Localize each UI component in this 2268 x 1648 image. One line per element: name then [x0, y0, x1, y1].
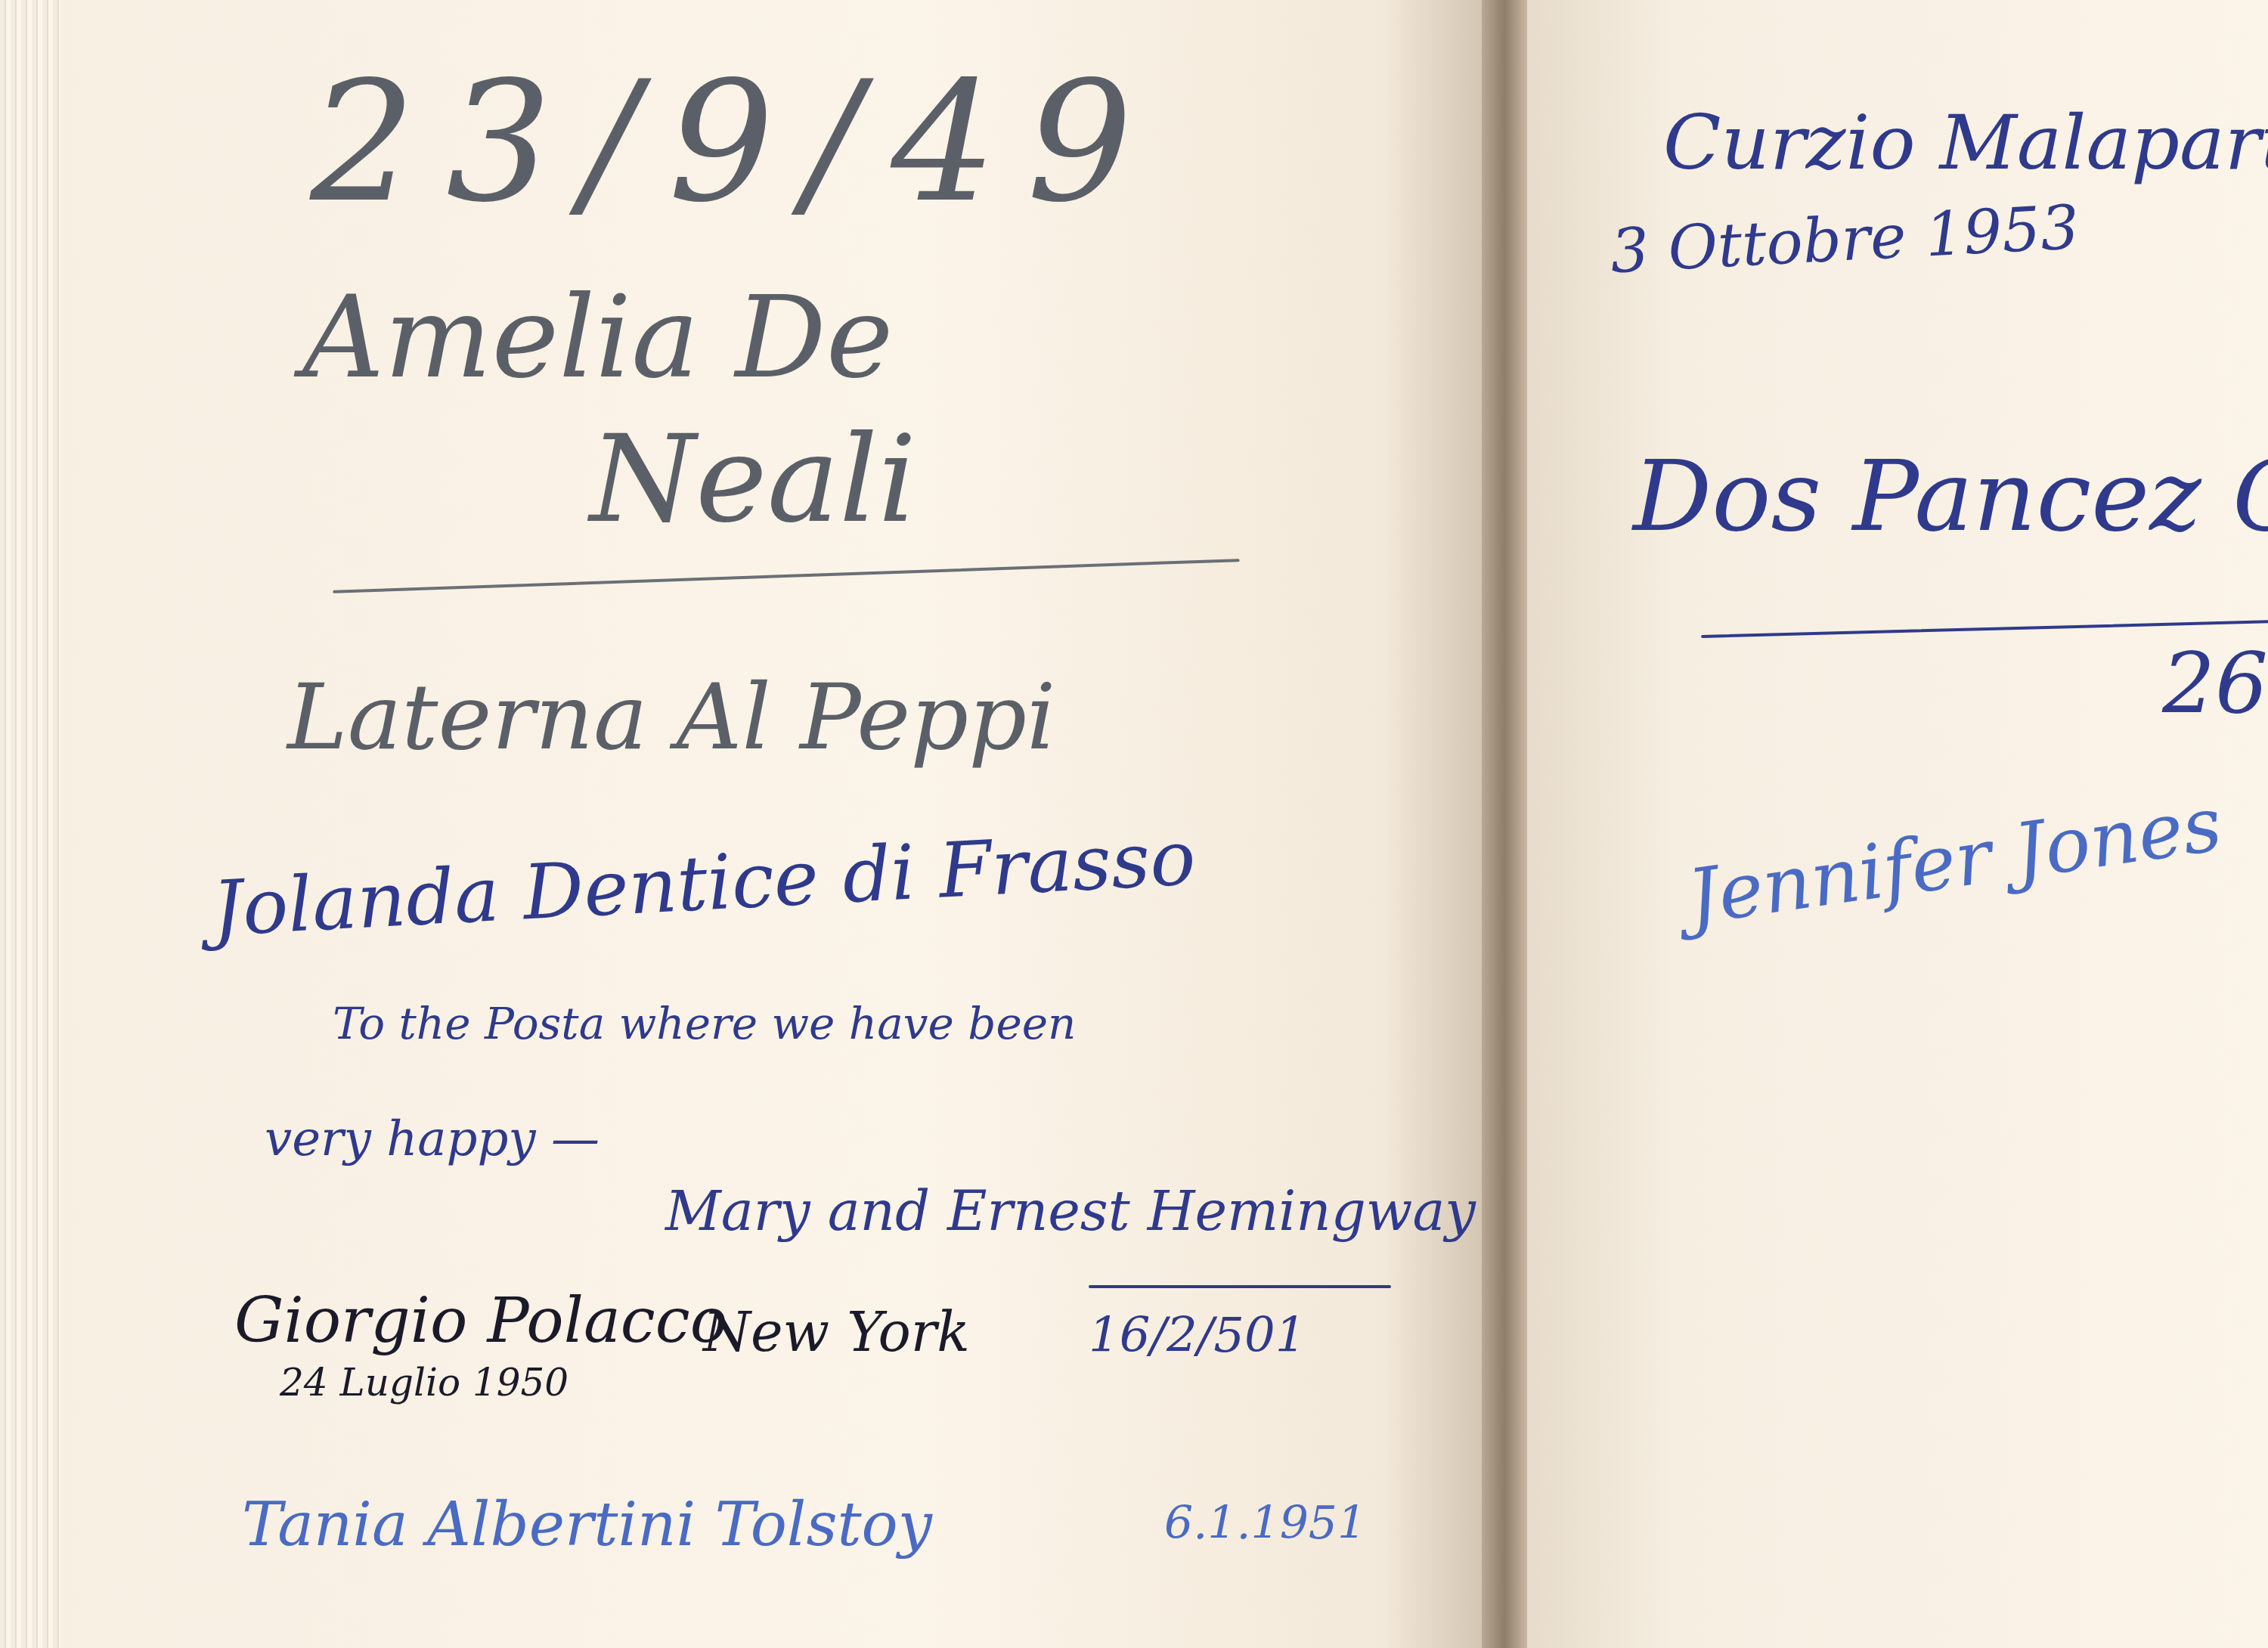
- signature-right: Dos Pancez Cu: [1633, 438, 2268, 553]
- signature-flourish: [333, 559, 1239, 593]
- dedication-line2: very happy —: [265, 1111, 600, 1167]
- signature-polacco: Giorgio Polacco: [234, 1285, 727, 1357]
- signature-tolstoy: Tania Albertini Tolstoy: [242, 1489, 932, 1560]
- date-entry-2: 16/2/501: [1089, 1308, 1306, 1364]
- tolstoy-date: 6.1.1951: [1164, 1497, 1366, 1550]
- book-gutter: [1482, 0, 1527, 1648]
- signature-laterna: Laterna Al Peppi: [287, 665, 1055, 770]
- polacco-date: 24 Luglio 1950: [280, 1361, 569, 1405]
- date-entry-1: 23/9/49: [310, 45, 1163, 239]
- page-edges: [0, 0, 60, 1648]
- malaparte-line2: 3 Ottobre 1953: [1609, 192, 2081, 287]
- malaparte-line1: Curzio Malaparte: [1663, 98, 2268, 187]
- right-date-fragment: 26: [2162, 635, 2268, 732]
- right-page: Curzio Malaparte 3 Ottobre 1953 Dos Panc…: [1527, 0, 2268, 1648]
- left-page: 23/9/49 Amelia De Neali Laterna Al Peppi…: [60, 0, 1497, 1648]
- signature-hemingway: Mary and Ernest Hemingway: [665, 1179, 1476, 1243]
- hemingway-underline: [1089, 1285, 1391, 1288]
- signature-jennifer-jones: Jennifer Jones: [1682, 779, 2226, 942]
- guestbook-spread: 23/9/49 Amelia De Neali Laterna Al Peppi…: [0, 0, 2268, 1648]
- signature-jolanda: Jolanda Dentice di Frasso: [210, 813, 1198, 953]
- dedication-line1: To the Posta where we have been: [333, 998, 1076, 1049]
- signature-amelia-line2: Neali: [590, 408, 916, 550]
- signature-amelia-line1: Amelia De: [302, 272, 893, 404]
- polacco-place: New York: [703, 1300, 970, 1364]
